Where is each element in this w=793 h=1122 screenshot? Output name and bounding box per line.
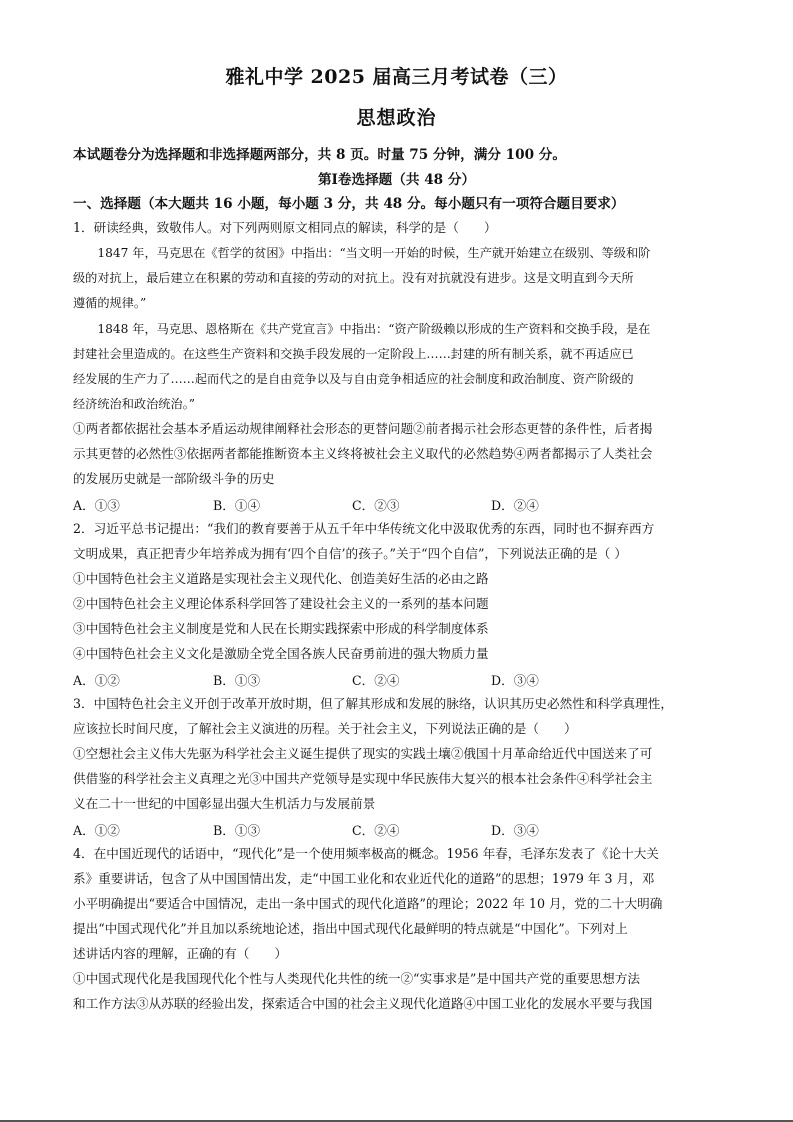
statement-line: ①中国特色社会主义道路是实现社会主义现代化、创造美好生活的必由之路 [73,570,733,588]
answer-options: A．①② B．①③ C．②④ D．③④ [73,820,733,838]
option-d[interactable]: D．③④ [491,820,539,839]
statement-line: 义在二十一世纪的中国彰显出强大生机活力与发展前景 [73,795,733,813]
question-stem: 应该拉长时间尺度，了解社会主义演进的历程。关于社会主义，下列说法正确的是（ ） [73,720,733,738]
question-stem: 2．习近平总书记提出：“我们的教育要善于从五千年中华传统文化中汲取优秀的东西，同… [73,520,733,538]
option-b[interactable]: B．①③ [213,670,260,689]
quote-line: 经济统治和政治统治。” [73,395,733,413]
exam-instructions: 本试题卷分为选择题和非选择题两部分，共 8 页。时量 75 分钟，满分 100 … [73,146,733,164]
statement-line: ①中国式现代化是我国现代化个性与人类现代化共性的统一②“实事求是”是中国共产党的… [73,970,733,988]
option-b[interactable]: B．①④ [213,495,260,514]
statement-line: 示其更替的必然性③依据两者都能推断资本主义终将被社会主义取代的必然趋势④两者都揭… [73,445,733,463]
option-c[interactable]: C．②③ [352,495,399,514]
statement-line: ③中国特色社会主义制度是党和人民在长期实践探索中形成的科学制度体系 [73,620,733,638]
option-c[interactable]: C．②④ [352,820,399,839]
answer-options: A．①③ B．①④ C．②③ D．②④ [73,495,733,513]
option-d[interactable]: D．②④ [491,495,539,514]
question-stem: 4．在中国近现代的话语中，“现代化”是一个使用频率极高的概念。1956 年春，毛… [73,845,733,863]
part-title: 第Ⅰ卷选择题（共 48 分） [0,171,793,189]
statement-line: ④中国特色社会主义文化是激励全党全国各族人民奋勇前进的强大物质力量 [73,645,733,663]
option-c[interactable]: C．②④ [352,670,399,689]
option-a[interactable]: A．①② [73,820,120,839]
option-a[interactable]: A．①③ [73,495,120,514]
quote-line: 封建社会里造成的。在这些生产资料和交换手段发展的一定阶段上……封建的所有制关系，… [73,345,733,363]
quote-line: 1848 年，马克思、恩格斯在《共产党宣言》中指出：“资产阶级赖以形成的生产资料… [73,320,733,338]
statement-line: ②中国特色社会主义理论体系科学回答了建设社会主义的一系列的基本问题 [73,595,733,613]
question-stem: 3．中国特色社会主义开创于改革开放时期，但了解其形成和发展的脉络，认识其历史必然… [73,695,733,713]
quote-line: 遵循的规律。” [73,294,733,312]
subject-title: 思想政治 [0,103,793,130]
statement-line: 和工作方法③从苏联的经验出发，探索适合中国的社会主义现代化道路④中国工业化的发展… [73,995,733,1013]
option-a[interactable]: A．①② [73,670,120,689]
quote-line: 级的对抗上，最后建立在积累的劳动和直接的劳动的对抗上。没有对抗就没有进步。这是文… [73,269,733,287]
exam-title: 雅礼中学 2025 届高三月考试卷（三） [0,62,793,89]
quote-line: 1847 年，马克思在《哲学的贫困》中指出：“当文明一开始的时候，生产就开始建立… [73,244,733,262]
section-title: 一、选择题（本大题共 16 小题，每小题 3 分，共 48 分。每小题只有一项符… [73,195,733,213]
question-stem: 小平明确提出“要适合中国情况，走出一条中国式的现代化道路”的理论；2022 年 … [73,895,733,913]
statement-line: 的发展历史就是一部阶级斗争的历史 [73,470,733,488]
question-stem: 1．研读经典，致敬伟人。对下列两则原文相同点的解读，科学的是（ ） [73,219,733,237]
statement-line: ①空想社会主义伟大先驱为科学社会主义诞生提供了现实的实践土壤②俄国十月革命给近代… [73,745,733,763]
question-stem: 文明成果，真正把青少年培养成为拥有‘四个自信’的孩子。”关于“四个自信”，下列说… [73,545,733,563]
exam-page: 雅礼中学 2025 届高三月考试卷（三） 思想政治 本试题卷分为选择题和非选择题… [0,0,793,1122]
option-d[interactable]: D．③④ [491,670,539,689]
answer-options: A．①② B．①③ C．②④ D．③④ [73,670,733,688]
quote-line: 经发展的生产力了……起而代之的是自由竞争以及与自由竞争相适应的社会制度和政治制度… [73,370,733,388]
question-stem: 述讲话内容的理解，正确的有（ ） [73,945,733,963]
question-stem: 提出“中国式现代化”并且加以系统地论述，指出中国式现代化最鲜明的特点就是“中国化… [73,920,733,938]
option-b[interactable]: B．①③ [213,820,260,839]
statement-line: ①两者都依据社会基本矛盾运动规律阐释社会形态的更替问题②前者揭示社会形态更替的条… [73,420,733,438]
statement-line: 供借鉴的科学社会主义真理之光③中国共产党领导是实现中华民族伟大复兴的根本社会条件… [73,770,733,788]
question-stem: 系》重要讲话，包含了从中国国情出发，走“中国工业化和农业近代化的道路”的思想；1… [73,870,733,888]
